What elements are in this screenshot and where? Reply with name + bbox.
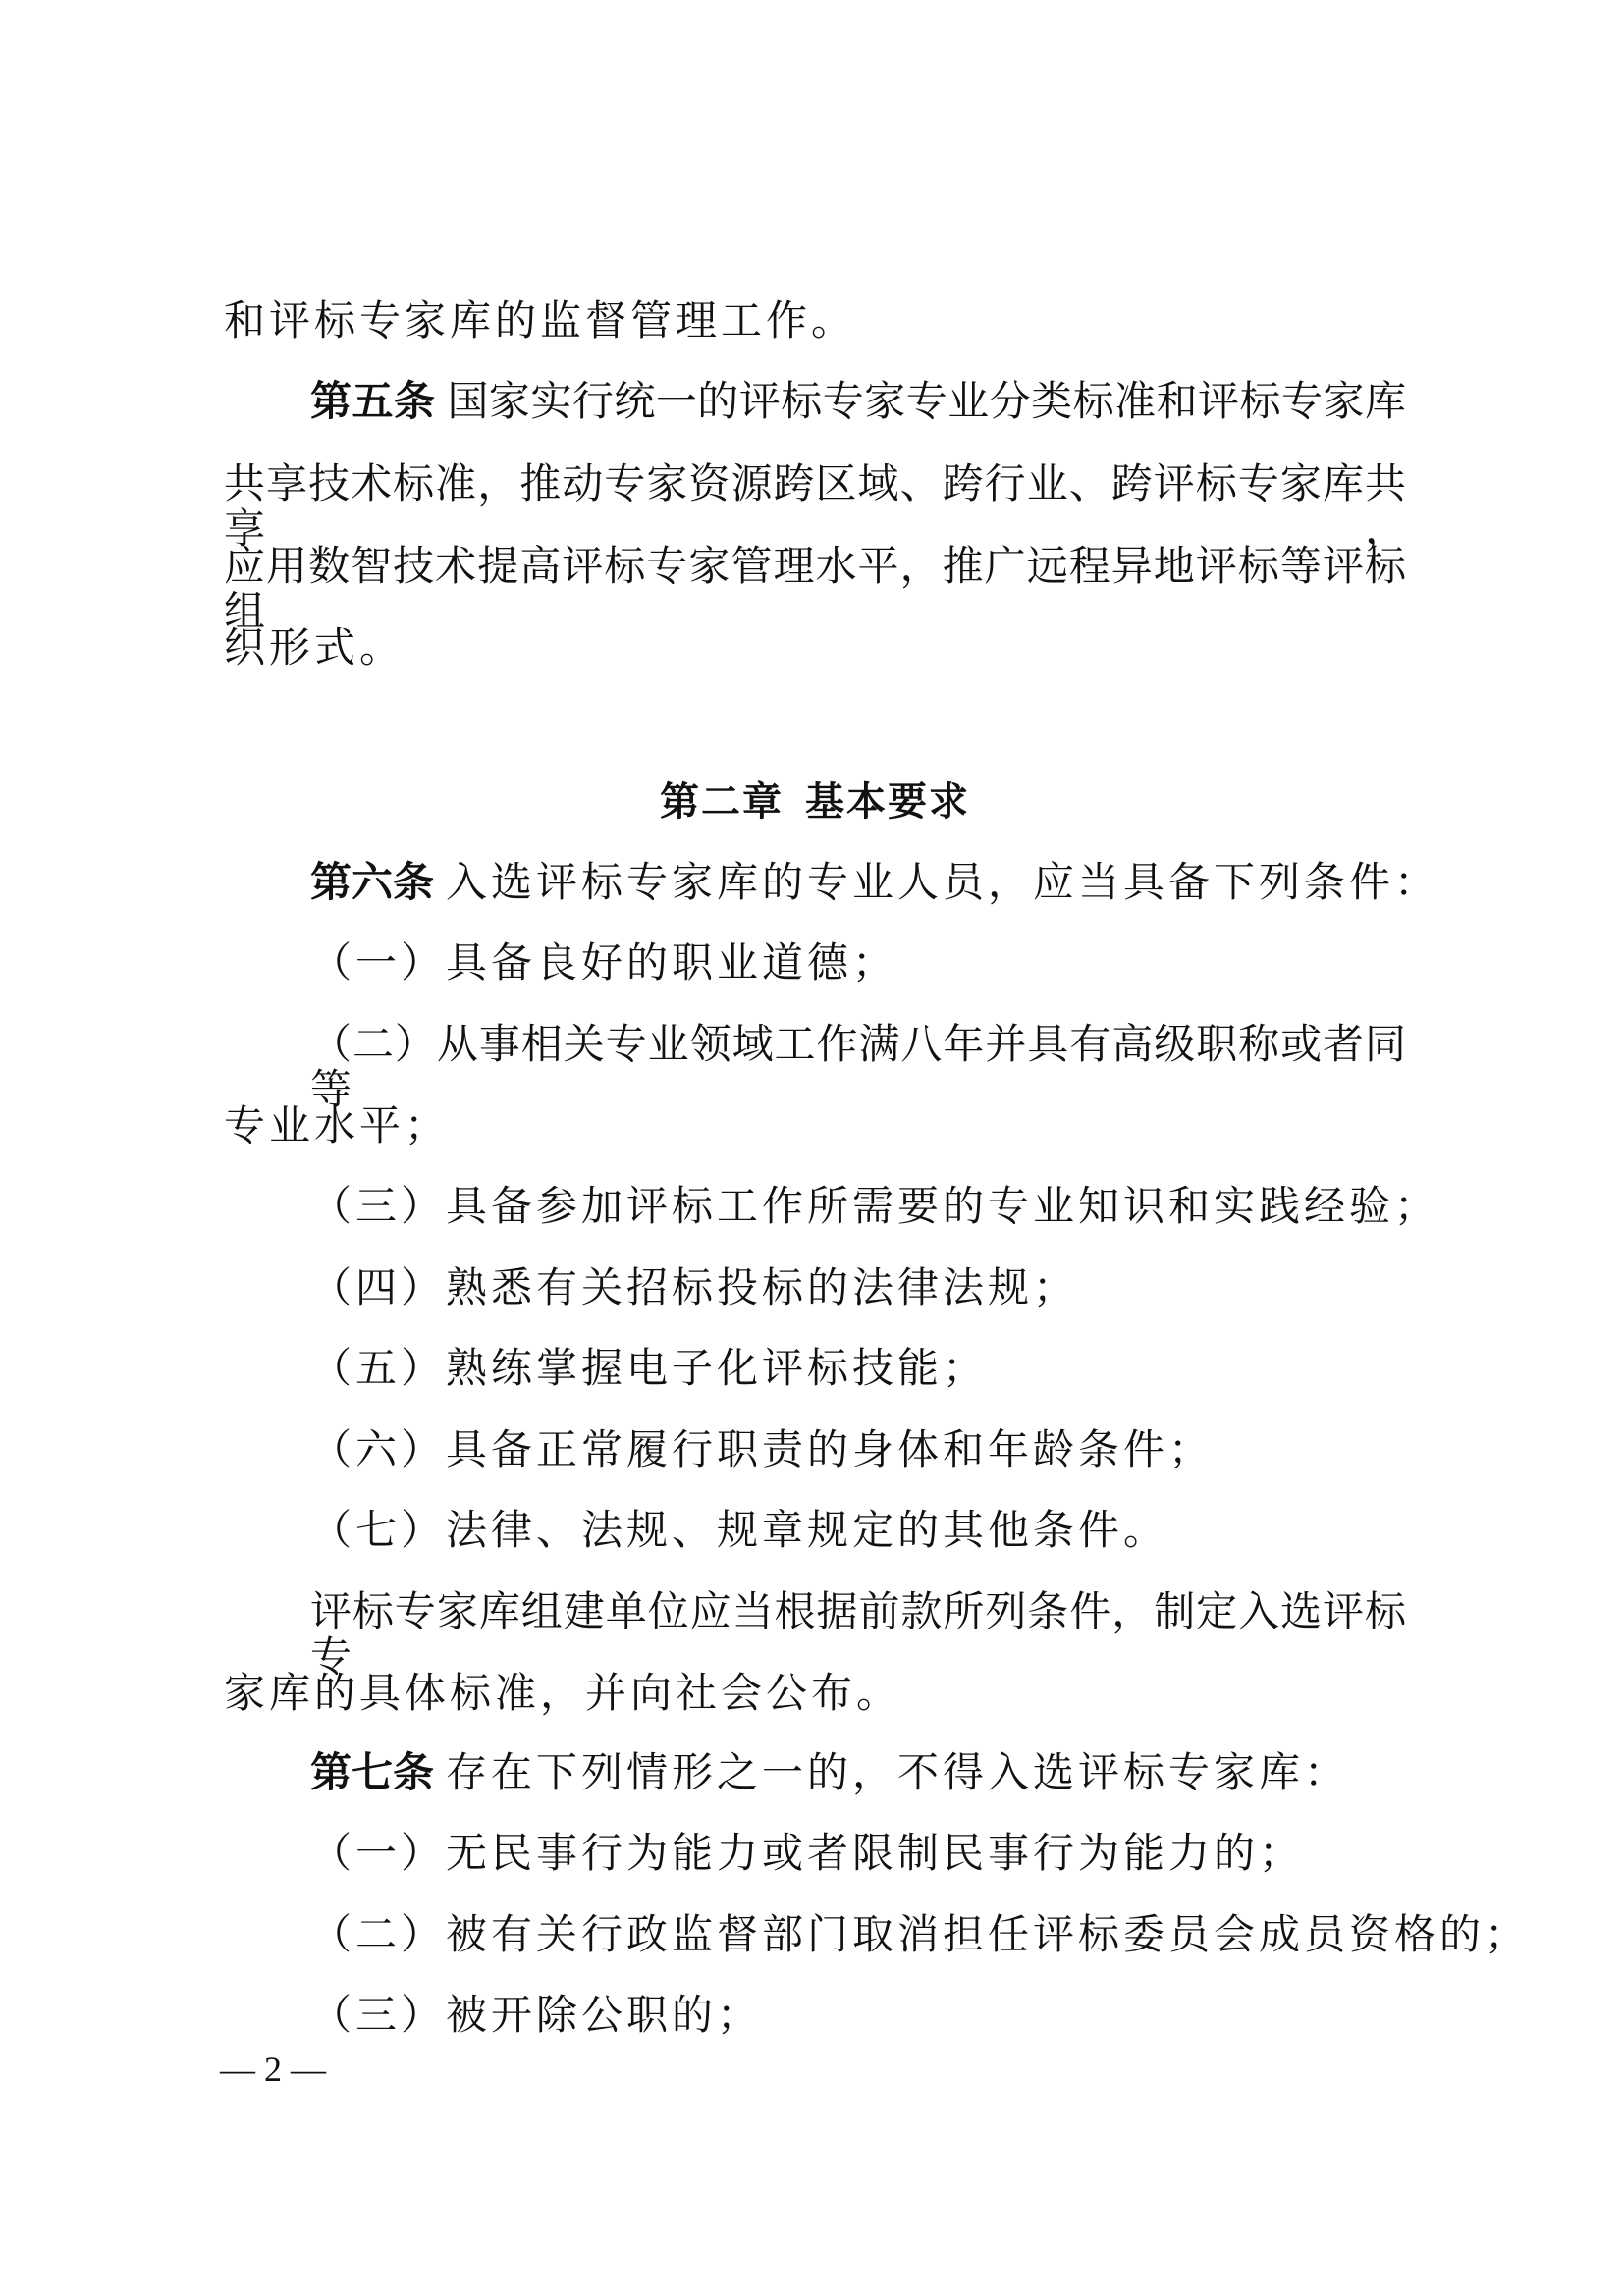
paragraph-line: 和评标专家库的监督管理工作。 — [224, 298, 1406, 344]
article-6-text: 入选评标专家库的专业人员，应当具备下列条件： — [446, 858, 1439, 906]
article-7-item-3: （三）被开除公职的； — [224, 1993, 1406, 2038]
chapter-number: 第二章 — [660, 779, 784, 825]
article-7-item-2: （二）被有关行政监督部门取消担任评标委员会成员资格的； — [224, 1912, 1406, 1957]
document-page: 和评标专家库的监督管理工作。 第五条国家实行统一的评标专家专业分类标准和评标专家… — [0, 0, 1624, 2296]
article-6-item-7: （七）法律、法规、规章规定的其他条件。 — [224, 1508, 1406, 1553]
article-5-label: 第五条 — [310, 377, 435, 425]
article-6-label: 第六条 — [310, 858, 434, 906]
page-number: — 2 — — [220, 2050, 326, 2089]
article-5-text: 国家实行统一的评标专家专业分类标准和评标专家库 — [447, 377, 1406, 425]
article-6-item-4: （四）熟悉有关招标投标的法律法规； — [224, 1265, 1406, 1310]
article-7-label: 第七条 — [310, 1748, 434, 1796]
article-5-line-2: 共享技术标准，推动专家资源跨区域、跨行业、跨评标专家库共享， — [224, 461, 1406, 507]
article-5-line-4: 织形式。 — [224, 625, 1406, 670]
article-6-item-1: （一）具备良好的职业道德； — [224, 940, 1406, 986]
article-7-text: 存在下列情形之一的，不得入选评标专家库： — [446, 1748, 1349, 1796]
article-6-item-2: （二）从事相关专业领域工作满八年并具有高级职称或者同等 — [224, 1022, 1406, 1067]
article-6-closing-2: 家库的具体标准，并向社会公布。 — [224, 1671, 1406, 1716]
article-6-intro: 第六条入选评标专家库的专业人员，应当具备下列条件： — [224, 860, 1406, 905]
article-6-item-2-cont: 专业水平； — [224, 1103, 1406, 1148]
chapter-title: 第二章基本要求 — [224, 779, 1406, 825]
article-7-item-1: （一）无民事行为能力或者限制民事行为能力的； — [224, 1831, 1406, 1876]
article-6-item-6: （六）具备正常履行职责的身体和年龄条件； — [224, 1427, 1406, 1472]
article-6-item-3: （三）具备参加评标工作所需要的专业知识和实践经验； — [224, 1184, 1406, 1229]
chapter-name: 基本要求 — [805, 779, 970, 825]
article-6-closing-1: 评标专家库组建单位应当根据前款所列条件，制定入选评标专 — [224, 1589, 1406, 1634]
article-5-line-1: 第五条国家实行统一的评标专家专业分类标准和评标专家库 — [224, 379, 1406, 424]
article-5-line-3: 应用数智技术提高评标专家管理水平，推广远程异地评标等评标组 — [224, 544, 1406, 589]
article-7-intro: 第七条存在下列情形之一的，不得入选评标专家库： — [224, 1750, 1406, 1795]
article-6-item-5: （五）熟练掌握电子化评标技能； — [224, 1346, 1406, 1391]
